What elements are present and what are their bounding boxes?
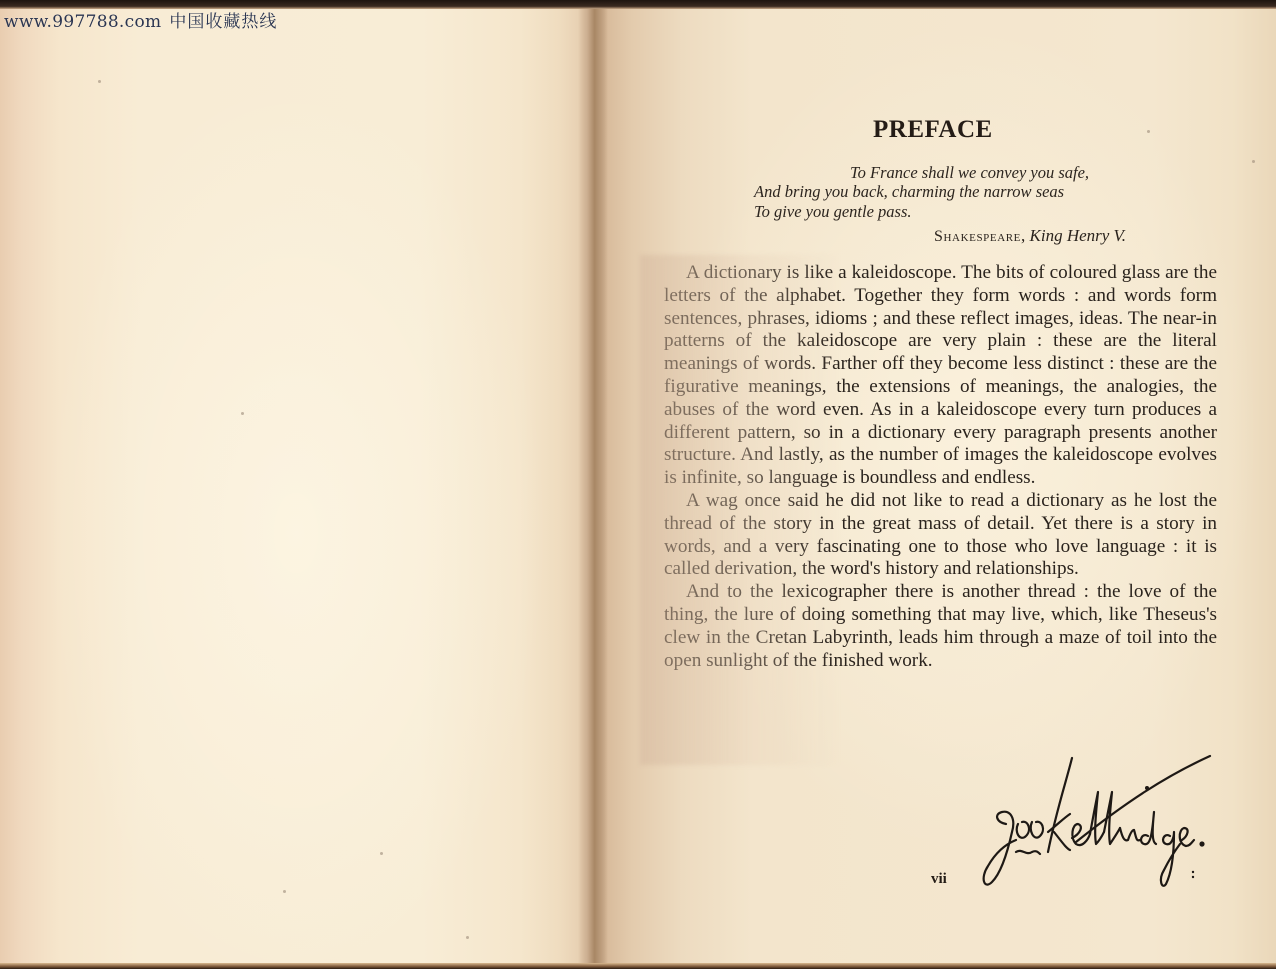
page-number: vii	[931, 871, 947, 888]
watermark: www.997788.com中国收藏热线	[4, 7, 277, 32]
paper-speck	[1147, 130, 1150, 133]
epigraph-author: Shakespeare	[934, 228, 1021, 245]
paragraph: A dictionary is like a kaleidoscope. The…	[664, 262, 1217, 490]
paper-speck	[98, 80, 101, 83]
epigraph-work: King Henry V.	[1030, 226, 1127, 245]
paper-speck	[466, 936, 469, 939]
page-title: PREFACE	[873, 116, 993, 144]
preface-body: A dictionary is like a kaleidoscope. The…	[664, 262, 1217, 672]
left-page-blank	[0, 0, 592, 969]
book-spread: www.997788.com中国收藏热线 PREFACE To France s…	[0, 0, 1276, 969]
epigraph: To France shall we convey you safe, And …	[754, 163, 1154, 221]
attribution-separator: ,	[1021, 226, 1030, 245]
signature-icon	[976, 752, 1216, 892]
epigraph-line: To France shall we convey you safe,	[754, 163, 1154, 182]
watermark-site-name: 中国收藏热线	[169, 12, 277, 32]
paper-speck	[241, 412, 244, 415]
paragraph: A wag once said he did not like to read …	[664, 490, 1217, 581]
watermark-url: www.997788.com	[4, 12, 161, 32]
paper-speck	[1252, 160, 1255, 163]
paper-speck	[283, 890, 286, 893]
epigraph-attribution: Shakespeare, King Henry V.	[934, 226, 1126, 246]
epigraph-line: To give you gentle pass.	[754, 202, 1154, 221]
bottom-page-edge	[0, 963, 1276, 969]
book-gutter-shadow	[578, 0, 608, 969]
epigraph-line: And bring you back, charming the narrow …	[754, 182, 1154, 201]
paragraph: And to the lexicographer there is anothe…	[664, 581, 1217, 672]
paper-speck	[380, 852, 383, 855]
